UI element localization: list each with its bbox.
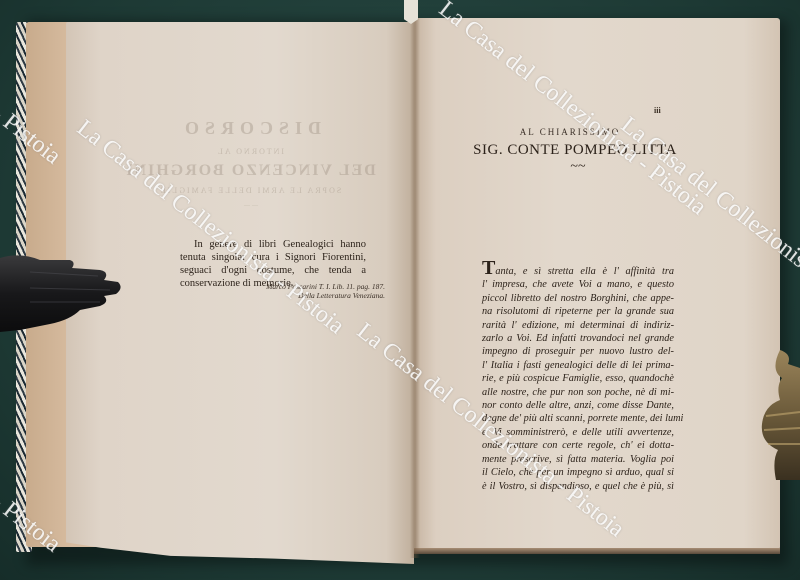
body-line: rie, e più cospicue Famiglie, esso, quan… [482, 372, 674, 385]
body-line: mente prescrive, sì fatta materia. Vogli… [482, 453, 674, 466]
showthrough-line: SOPRA LE ARMI DELLE FAMIGLIE [120, 186, 380, 195]
citation-line: Marco Foscarini T. I. Lib. 11. pag. 187. [225, 282, 385, 291]
showthrough-line: DEL VINCENZO BORGHINI [120, 162, 380, 180]
right-page-bottom-edge [414, 548, 780, 554]
body-line: alle nostre, che pur non son poche, nè d… [482, 386, 674, 399]
bookmark-ribbon [404, 0, 418, 24]
body-line: l' impresa, che avete Voi a mano, e ques… [482, 278, 674, 291]
body-line: Tanta, e sì stretta ella è l' affinità t… [482, 263, 674, 278]
epigraph-citation: Marco Foscarini T. I. Lib. 11. pag. 187.… [225, 282, 385, 300]
body-line: il Cielo, che per un impegno sì arduo, q… [482, 466, 674, 479]
body-line: nor conto delle altre, anzi, come disse … [482, 399, 674, 412]
body-line: zarlo a Voi. Ed infatti trovandoci nel g… [482, 332, 674, 345]
body-line: rarità l' edizione, mi determinai di ind… [482, 319, 674, 332]
body-line: piccol libretto del nostro Borghini, che… [482, 292, 674, 305]
body-line: na risolutomi di ripeterne per la grande… [482, 305, 674, 318]
dedication-body-text: Tanta, e sì stretta ella è l' affinità t… [482, 263, 674, 493]
citation-line: Della Letteratura Veneziana. [225, 291, 385, 300]
drop-cap: T [482, 257, 495, 279]
dedication-heading-small: AL CHIARISSIMO [470, 127, 670, 137]
showthrough-line: DISCORSO [120, 118, 380, 139]
showthrough-line: INTORNO AL [120, 147, 380, 156]
ornament-flourish-icon: ~~ [560, 162, 596, 172]
showthrough-title: DISCORSO INTORNO AL DEL VINCENZO BORGHIN… [120, 118, 380, 209]
body-line: è il Vostro, sì dispendioso, e quel che … [482, 480, 674, 493]
showthrough-line: —— [120, 203, 380, 209]
book-gutter [410, 18, 420, 558]
body-line: degne de' più alti scanni, porrete mente… [482, 412, 674, 425]
mannequin-hand-icon [0, 250, 122, 336]
body-line: impegno di proseguir per nuovo lustro de… [482, 345, 674, 358]
dedication-heading-main: SIG. CONTE POMPEO LITTA [470, 142, 680, 159]
body-line: onde trattare con certe regole, ch' ei d… [482, 439, 674, 452]
brass-weight-icon [758, 350, 800, 480]
page-number: iii [654, 106, 661, 115]
body-line: l' Italia i fasti genealogici delle di l… [482, 359, 674, 372]
body-line: e' Vi somministrerò, e delle utili avver… [482, 426, 674, 439]
